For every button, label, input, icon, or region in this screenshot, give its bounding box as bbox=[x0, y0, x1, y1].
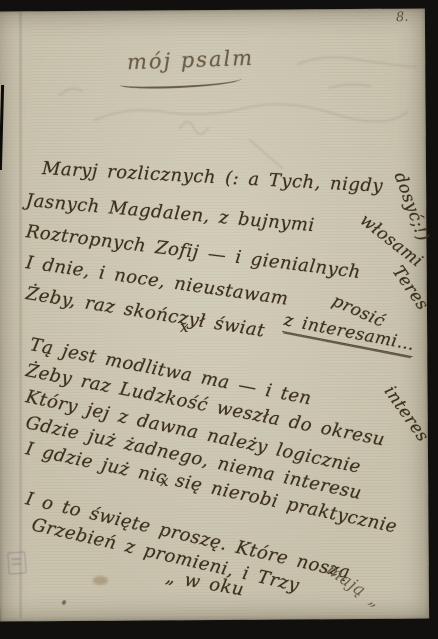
poem-title: mój psalm bbox=[127, 46, 255, 74]
collection-stamp bbox=[7, 551, 26, 574]
manuscript-scan: 8. mój psalm Maryj rozlicznych (: a Tych… bbox=[0, 0, 438, 639]
ink-layer: 8. mój psalm Maryj rozlicznych (: a Tych… bbox=[0, 0, 438, 639]
stanza-separator-mark: x bbox=[160, 472, 168, 490]
stanza-separator-mark: x bbox=[180, 318, 188, 336]
paper-stain bbox=[93, 576, 108, 585]
page-number: 8. bbox=[395, 10, 408, 26]
